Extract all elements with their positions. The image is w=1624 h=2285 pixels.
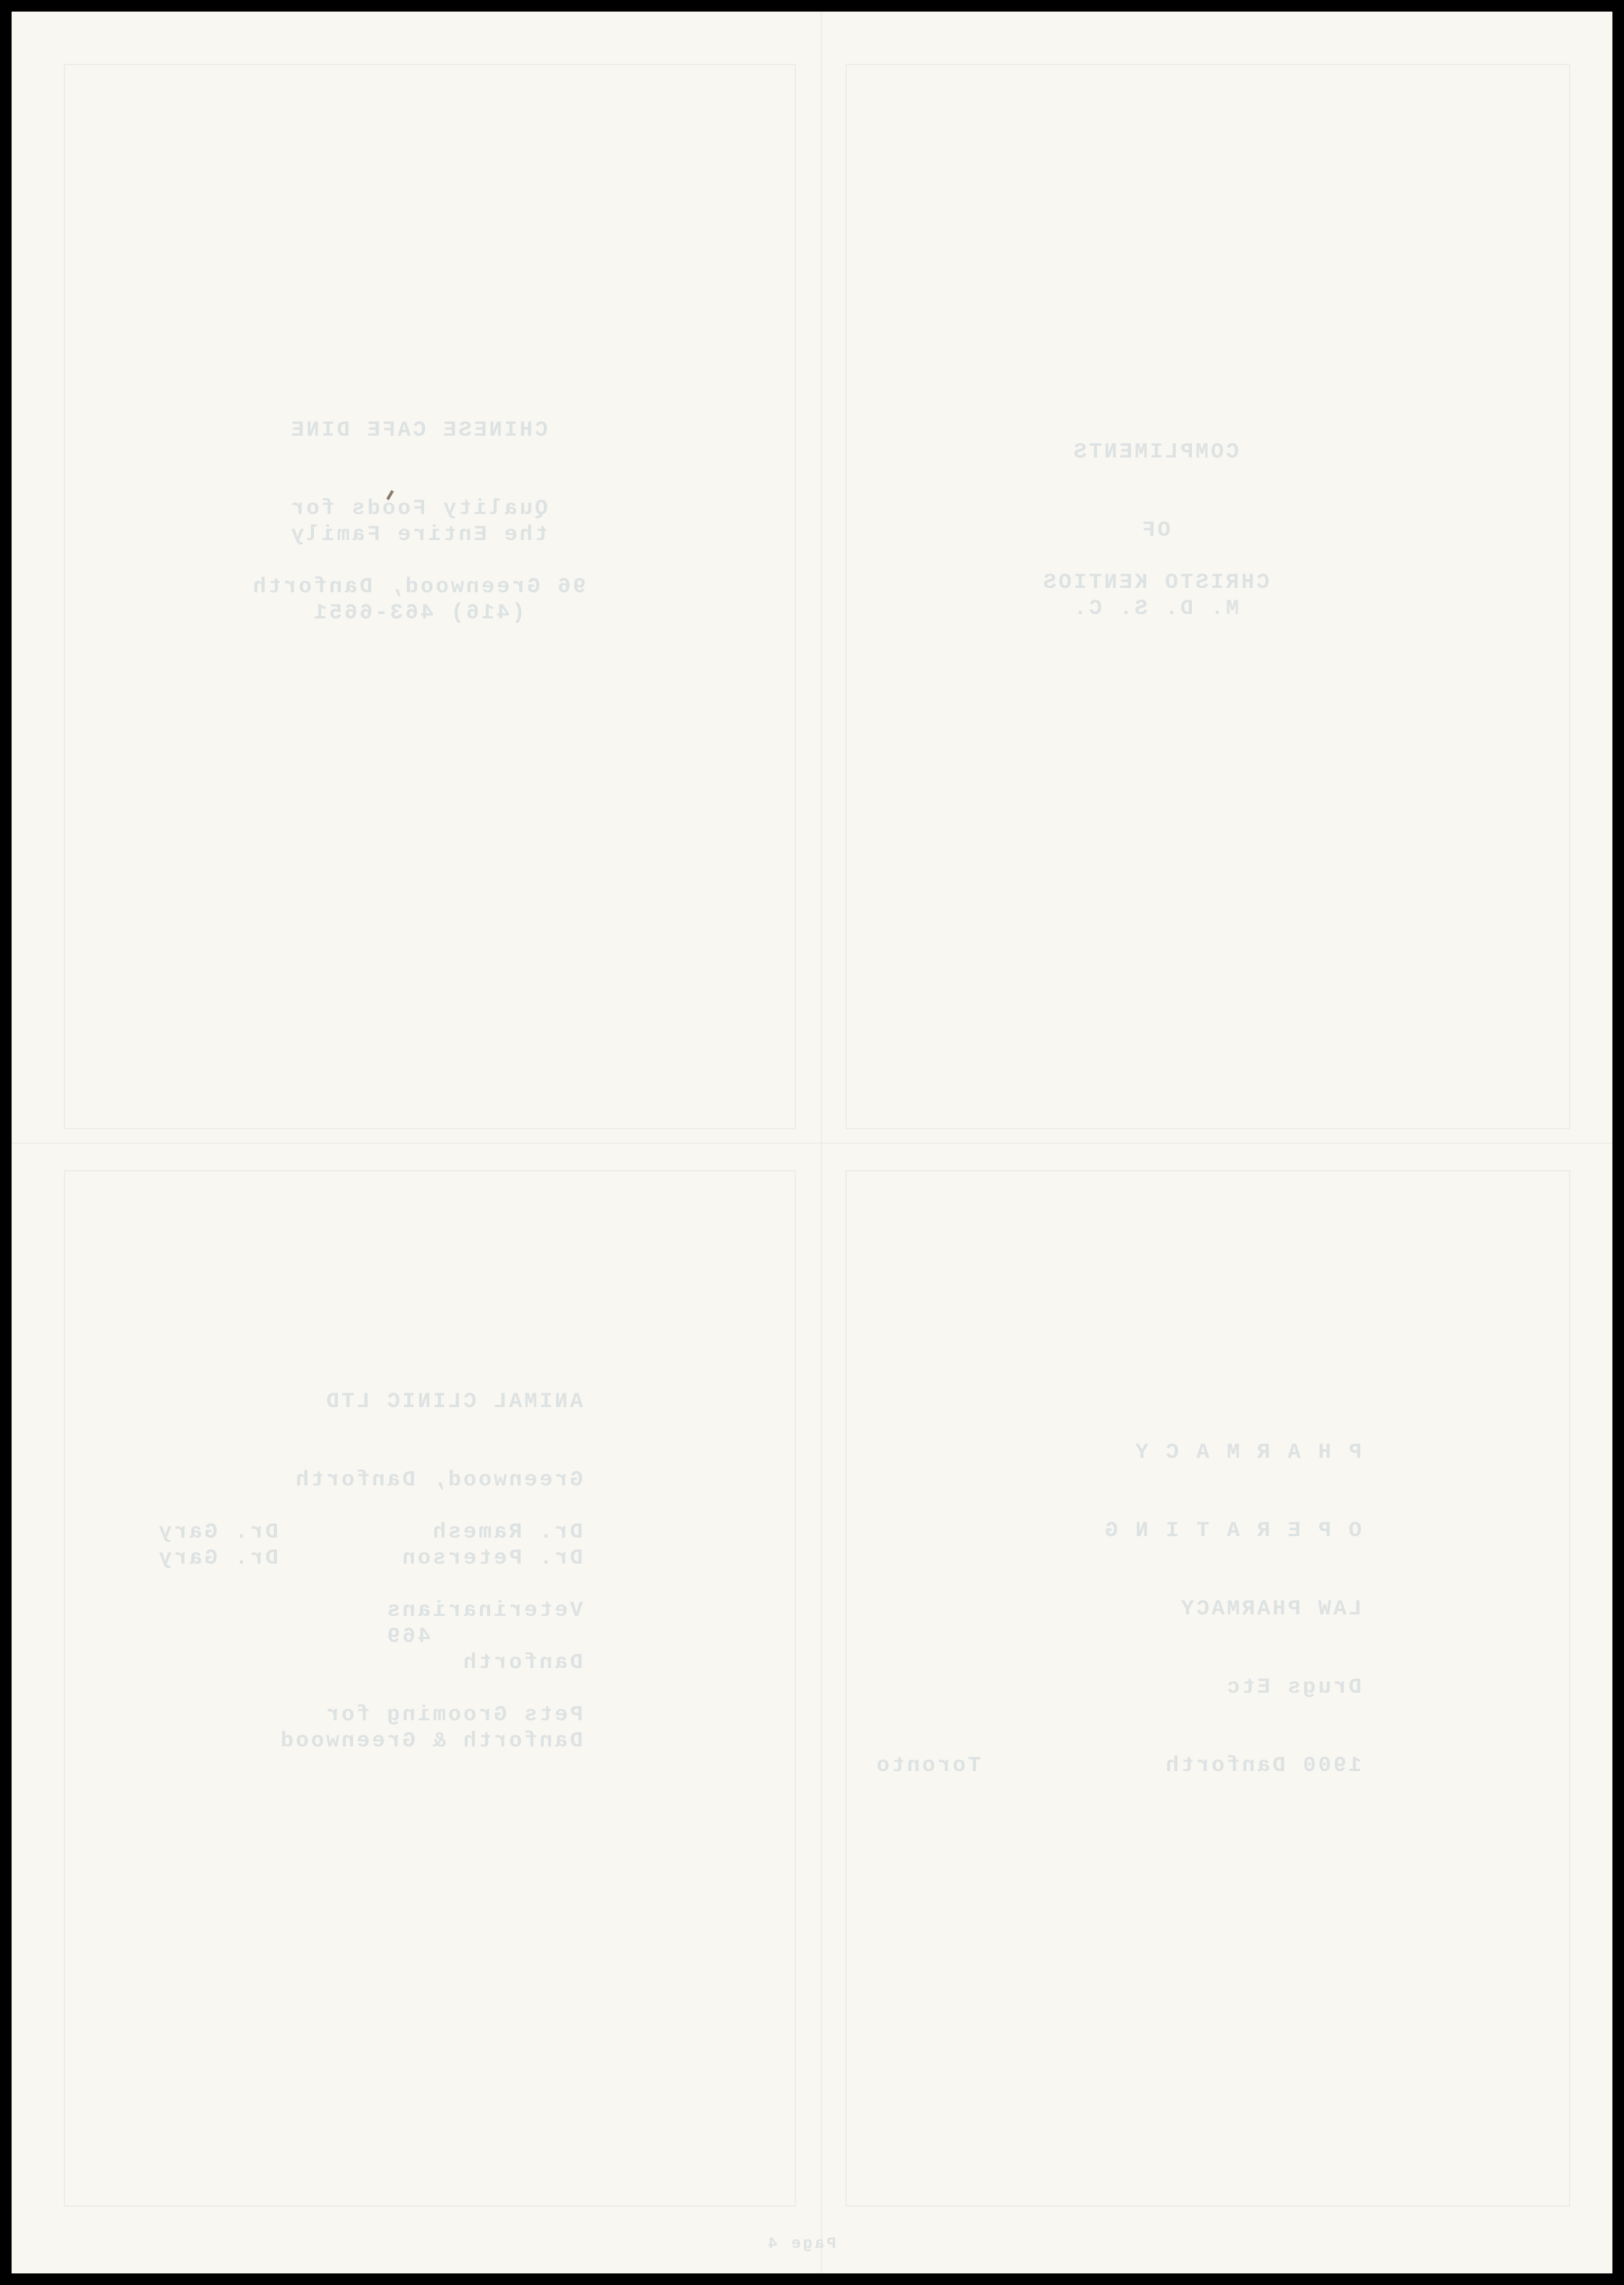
ghost-text-top-right: COMPLIMENTS OF CHRISTO KENTIOS M. D. S. … [1041,439,1269,622]
fold-line-horizontal [12,1142,1612,1144]
document-page: CHINESE CAFE DINE Quality Foods for the … [12,12,1612,2273]
fold-line-vertical [821,12,822,2273]
ghost-text-bottom-right: P H A R M A C Y O P E R A T I N G LAW PH… [874,1440,1362,1779]
ghost-text-top-left: CHINESE CAFE DINE Quality Foods for the … [251,418,586,626]
ghost-text-bottom-left: ANIMAL CLINIC LTD Greenwood, Danforth Dr… [157,1389,583,1754]
page-footer: Page 4 [766,2231,836,2257]
